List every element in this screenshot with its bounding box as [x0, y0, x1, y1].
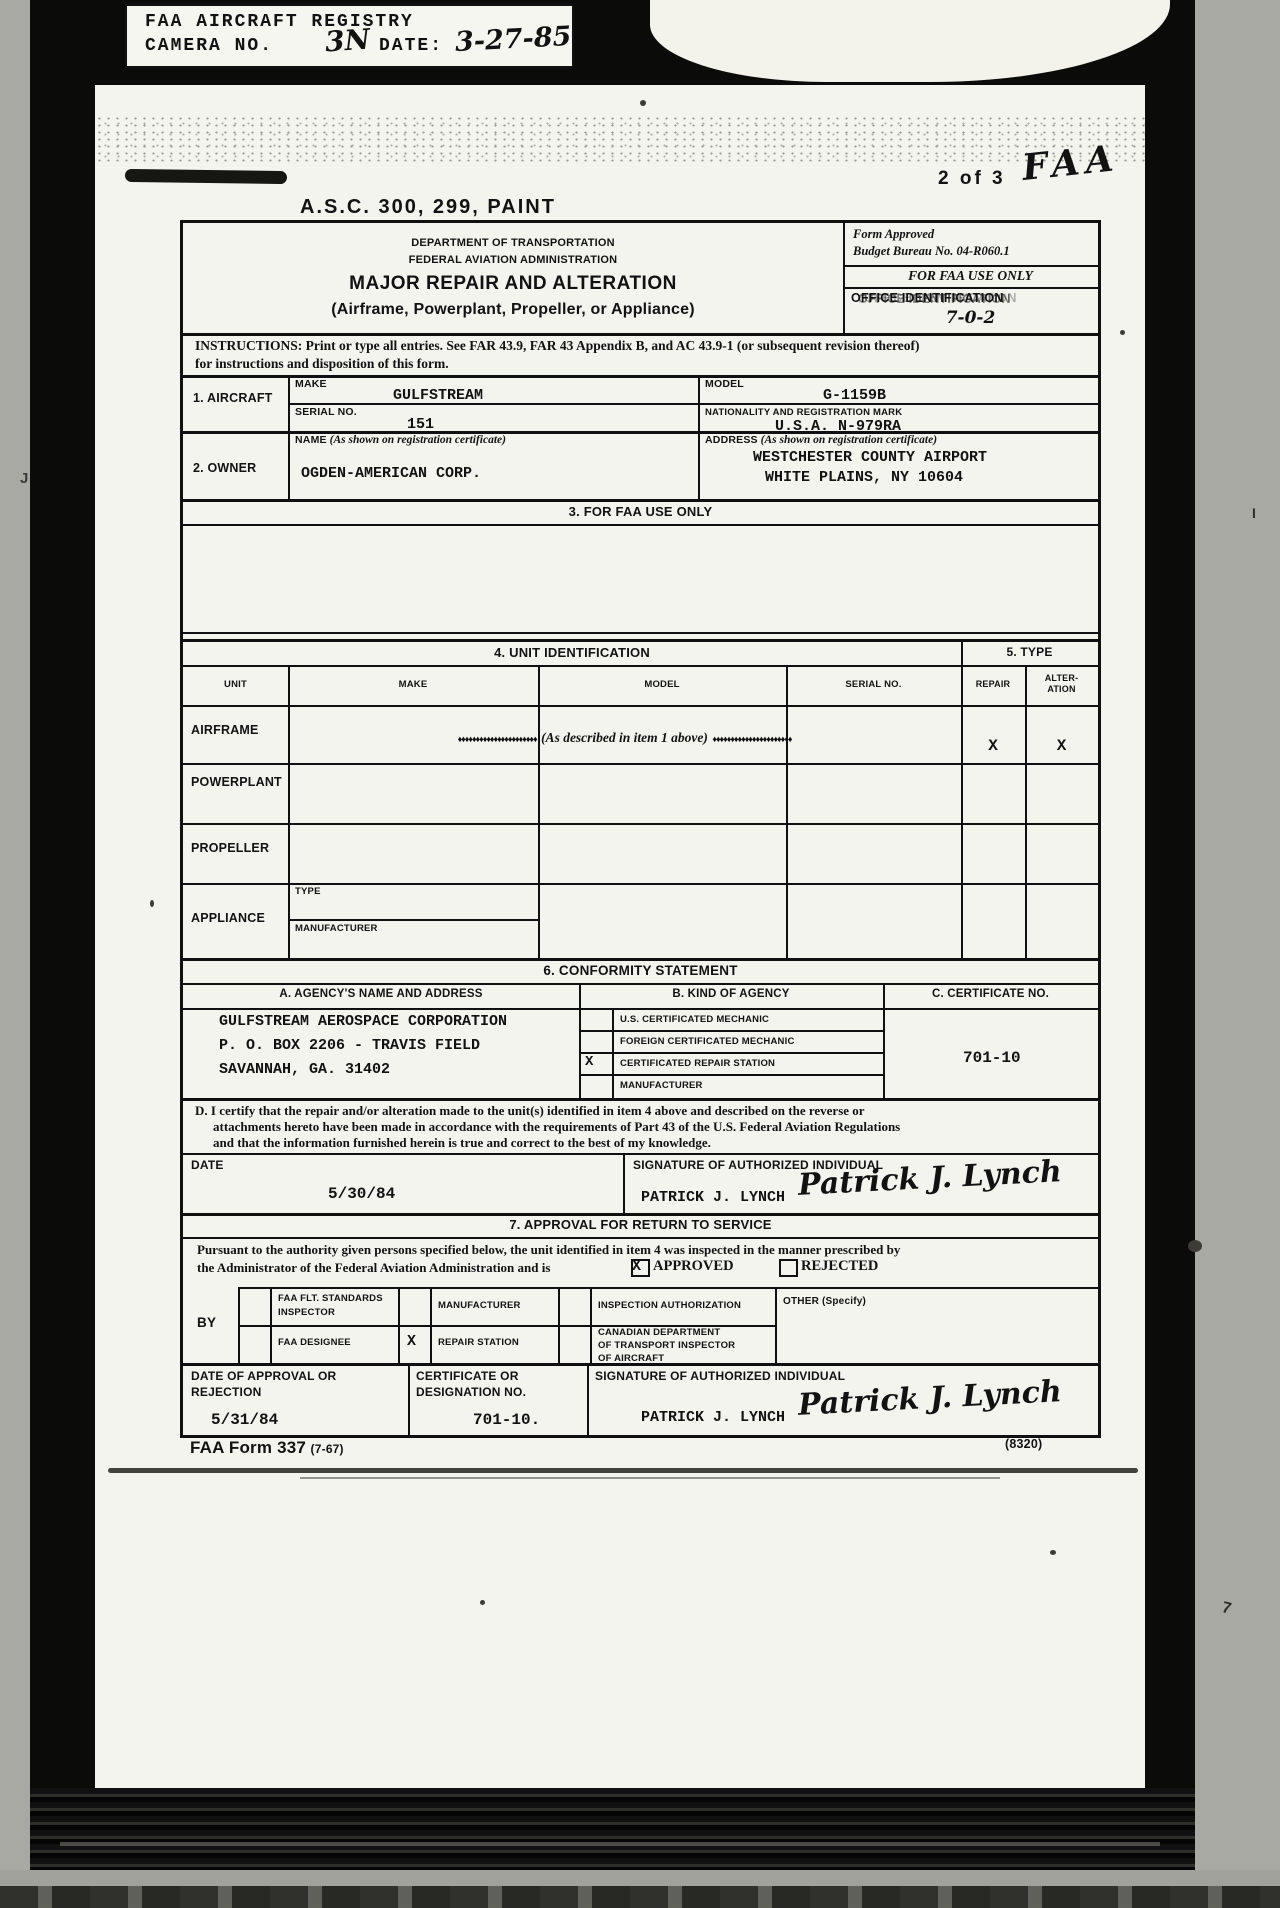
scan-streak [108, 1468, 1138, 1473]
stamp-date-label: DATE: [379, 36, 443, 56]
approval-signature-typed: PATRICK J. LYNCH [641, 1409, 785, 1426]
divider [183, 1213, 1098, 1216]
by-other-label: OTHER (Specify) [783, 1291, 866, 1309]
row-propeller: PROPELLER [191, 841, 269, 855]
appliance-manufacturer-label: MANUFACTURER [295, 923, 378, 934]
stamp-camera-value-handwritten: 3N [324, 22, 371, 58]
divider [288, 431, 290, 499]
certificate-value: 701-10. [473, 1411, 540, 1429]
divider [1025, 665, 1027, 958]
form-number: FAA Form 337 [190, 1438, 306, 1457]
appliance-type-label: TYPE [295, 886, 321, 897]
scan-noise-band [95, 115, 1145, 165]
registry-stamp: FAA AIRCRAFT REGISTRY CAMERA NO. 3N DATE… [125, 4, 574, 68]
divider [183, 1363, 1098, 1366]
scan-mark: 7 [1220, 1599, 1233, 1619]
form-approved-line1: Form Approved [853, 227, 934, 242]
owner-address-line1: WESTCHESTER COUNTY AIRPORT [753, 449, 987, 466]
section2-label: 2. OWNER [193, 461, 256, 475]
divider [183, 1098, 1098, 1101]
kind-repair-station-mark: X [585, 1054, 593, 1070]
by-manufacturer: MANUFACTURER [438, 1300, 521, 1311]
serial-label: SERIAL NO. [295, 406, 357, 418]
divider [238, 1287, 1098, 1289]
divider [183, 1008, 1098, 1010]
kind-manufacturer: MANUFACTURER [620, 1080, 703, 1091]
divider [183, 883, 1098, 885]
by-flt-standards-line1: FAA FLT. STANDARDS [278, 1293, 383, 1304]
instructions-line2: for instructions and disposition of this… [195, 356, 449, 372]
divider [183, 1237, 1098, 1239]
nationality-label: NATIONALITY AND REGISTRATION MARK [705, 407, 902, 418]
stamp-date-value-handwritten: 3-27-85 [454, 21, 572, 58]
col-alteration-line1: ALTER- [1025, 673, 1098, 683]
certificate-label-line2: DESIGNATION NO. [416, 1385, 526, 1399]
scan-speck [1120, 330, 1125, 335]
scan-streak [60, 1842, 1160, 1846]
owner-name-label: NAME (As shown on registration certifica… [295, 434, 506, 446]
divider [408, 1363, 410, 1435]
form-title: MAJOR REPAIR AND ALTERATION [183, 273, 843, 295]
rejected-label: REJECTED [801, 1258, 878, 1275]
col-certificate-no: C. CERTIFICATE NO. [883, 988, 1098, 1000]
row-powerplant: POWERPLANT [191, 775, 282, 789]
for-faa-use-only: FOR FAA USE ONLY [843, 268, 1098, 284]
section4-title: 4. UNIT IDENTIFICATION [183, 645, 961, 660]
office-identification-label: OFFICE IDENTIFICATION [851, 291, 1004, 305]
col-make: MAKE [288, 679, 538, 690]
owner-address-line2: WHITE PLAINS, NY 10604 [765, 469, 963, 486]
col-model: MODEL [538, 679, 786, 690]
footer-code: (8320) [1005, 1437, 1042, 1451]
approved-label: APPROVED [653, 1258, 734, 1275]
divider [775, 1287, 777, 1363]
date-label: DATE [191, 1158, 224, 1172]
scan-mark: I [1252, 505, 1256, 521]
form-footer: FAA Form 337 (7-67) [190, 1438, 344, 1458]
scan-bottom-band [0, 1886, 1280, 1908]
agency-address-line3: SAVANNAH, GA. 31402 [219, 1061, 390, 1078]
owner-name-label-note: (As shown on registration certificate) [330, 434, 506, 446]
model-label: MODEL [705, 378, 744, 390]
divider [183, 958, 1098, 961]
by-inspection-authorization: INSPECTION AUTHORIZATION [598, 1300, 741, 1311]
make-label: MAKE [295, 378, 327, 390]
d-statement-line3: and that the information furnished herei… [213, 1135, 711, 1151]
by-faa-designee: FAA DESIGNEE [278, 1337, 351, 1348]
divider [183, 763, 1098, 765]
scan-speck [1050, 1550, 1056, 1555]
divider [579, 1030, 883, 1032]
agency-address-line2: P. O. BOX 2206 - TRAVIS FIELD [219, 1037, 480, 1054]
signature-typed: PATRICK J. LYNCH [641, 1189, 785, 1206]
col-agency-name: A. AGENCY'S NAME AND ADDRESS [183, 988, 579, 1000]
agency-address-line1: GULFSTREAM AEROSPACE CORPORATION [219, 1013, 507, 1030]
office-identification-value: 7-0-2 [843, 308, 1098, 328]
pursuant-line2: the Administrator of the Federal Aviatio… [197, 1260, 550, 1276]
divider [183, 499, 1098, 502]
dept-line: DEPARTMENT OF TRANSPORTATION [183, 237, 843, 249]
scan-speck [480, 1600, 485, 1605]
stamp-title: FAA AIRCRAFT REGISTRY [145, 12, 414, 32]
col-alteration-line2: ATION [1025, 684, 1098, 694]
divider [538, 665, 540, 958]
form-approved-line2: Budget Bureau No. 04-R060.1 [853, 244, 1010, 259]
by-repair-station-mark: X [407, 1333, 416, 1350]
section6-title: 6. CONFORMITY STATEMENT [183, 963, 1098, 978]
squiggle-left: ♦♦♦♦♦♦♦♦♦♦♦♦♦♦♦♦♦♦♦♦♦♦ [458, 734, 537, 744]
approved-checkbox-mark: X [632, 1258, 641, 1275]
airframe-note: (As described in item 1 above) [541, 730, 708, 745]
divider [579, 1052, 883, 1054]
date-value: 5/30/84 [328, 1185, 395, 1203]
by-label: BY [197, 1315, 216, 1330]
scan-speck [1188, 1240, 1202, 1252]
asc-annotation: A.S.C. 300, 299, PAINT [300, 196, 556, 219]
divider [843, 265, 1098, 267]
airframe-entry: ♦♦♦♦♦♦♦♦♦♦♦♦♦♦♦♦♦♦♦♦♦♦ (As described in … [288, 729, 961, 747]
faa-line: FEDERAL AVIATION ADMINISTRATION [183, 254, 843, 266]
section3-title: 3. FOR FAA USE ONLY [183, 504, 1098, 519]
scan-smudge [125, 169, 287, 184]
by-canadian-line2: OF TRANSPORT INSPECTOR [598, 1340, 735, 1351]
form-337: DEPARTMENT OF TRANSPORTATION FEDERAL AVI… [180, 220, 1101, 1438]
d-statement-line2: attachments hereto have been made in acc… [213, 1119, 900, 1135]
section1-label: 1. AIRCRAFT [193, 391, 273, 405]
divider [183, 983, 1098, 985]
col-unit: UNIT [183, 679, 288, 690]
divider [183, 632, 1098, 634]
divider [183, 524, 1098, 526]
divider [579, 983, 581, 1098]
owner-name-value: OGDEN-AMERICAN CORP. [301, 465, 481, 482]
model-value: G-1159B [823, 387, 886, 404]
col-kind-of-agency: B. KIND OF AGENCY [579, 988, 883, 1000]
divider [587, 1363, 589, 1435]
scan-border-texture [30, 1788, 1195, 1870]
scan-streak [300, 1477, 1000, 1479]
scan-mark: J [20, 470, 29, 487]
by-other-label-text: OTHER (Specify) [783, 1296, 866, 1307]
scan-speck [150, 900, 154, 907]
owner-address-label-text: ADDRESS [705, 434, 758, 446]
owner-address-label-note: (As shown on registration certificate) [761, 434, 937, 446]
divider [579, 1074, 883, 1076]
divider [843, 287, 1098, 289]
airframe-alteration-mark: X [1025, 737, 1098, 755]
approval-date-label-line2: REJECTION [191, 1385, 261, 1399]
airframe-repair-mark: X [961, 737, 1025, 755]
approval-date-value: 5/31/84 [211, 1411, 278, 1429]
divider [183, 705, 1098, 707]
col-repair: REPAIR [961, 679, 1025, 689]
pursuant-line1: Pursuant to the authority given persons … [197, 1242, 900, 1258]
by-flt-standards-line2: INSPECTOR [278, 1307, 335, 1318]
page-number: 2 of 3 [938, 168, 1006, 190]
rejected-checkbox [779, 1259, 798, 1277]
divider [623, 1153, 625, 1213]
form-edition: (7-67) [311, 1442, 344, 1456]
scan-speck [640, 100, 646, 106]
row-appliance: APPLIANCE [191, 911, 265, 925]
kind-foreign-mechanic: FOREIGN CERTIFICATED MECHANIC [620, 1036, 795, 1047]
approval-signature-label: SIGNATURE OF AUTHORIZED INDIVIDUAL [595, 1369, 845, 1383]
owner-address-label: ADDRESS (As shown on registration certif… [705, 434, 937, 446]
divider [183, 333, 1098, 336]
divider [288, 665, 290, 958]
divider [786, 665, 788, 958]
approval-date-label-line1: DATE OF APPROVAL OR [191, 1369, 336, 1383]
divider [883, 983, 885, 1098]
section5-title: 5. TYPE [961, 645, 1098, 659]
d-statement-line1: D. I certify that the repair and/or alte… [195, 1103, 865, 1119]
row-airframe: AIRFRAME [191, 723, 259, 737]
make-value: GULFSTREAM [393, 387, 483, 404]
divider [288, 403, 1098, 405]
kind-repair-station: CERTIFICATED REPAIR STATION [620, 1058, 775, 1069]
kind-us-mechanic: U.S. CERTIFICATED MECHANIC [620, 1014, 769, 1025]
owner-name-label-text: NAME [295, 434, 327, 446]
divider [183, 823, 1098, 825]
divider [698, 431, 700, 499]
by-repair-station: REPAIR STATION [438, 1337, 519, 1348]
divider [183, 1153, 1098, 1155]
col-serial: SERIAL NO. [786, 679, 961, 690]
stamp-camera-label: CAMERA NO. [145, 36, 273, 56]
divider [288, 919, 538, 921]
certificate-no-value: 701-10 [963, 1049, 1021, 1067]
form-subtitle: (Airframe, Powerplant, Propeller, or App… [183, 301, 843, 319]
section7-title: 7. APPROVAL FOR RETURN TO SERVICE [183, 1217, 1098, 1232]
instructions-line1: INSTRUCTIONS: Print or type all entries.… [195, 338, 920, 354]
squiggle-right: ♦♦♦♦♦♦♦♦♦♦♦♦♦♦♦♦♦♦♦♦♦♦ [712, 734, 791, 744]
certificate-label-line1: CERTIFICATE OR [416, 1369, 519, 1383]
by-canadian-line1: CANADIAN DEPARTMENT [598, 1327, 720, 1338]
